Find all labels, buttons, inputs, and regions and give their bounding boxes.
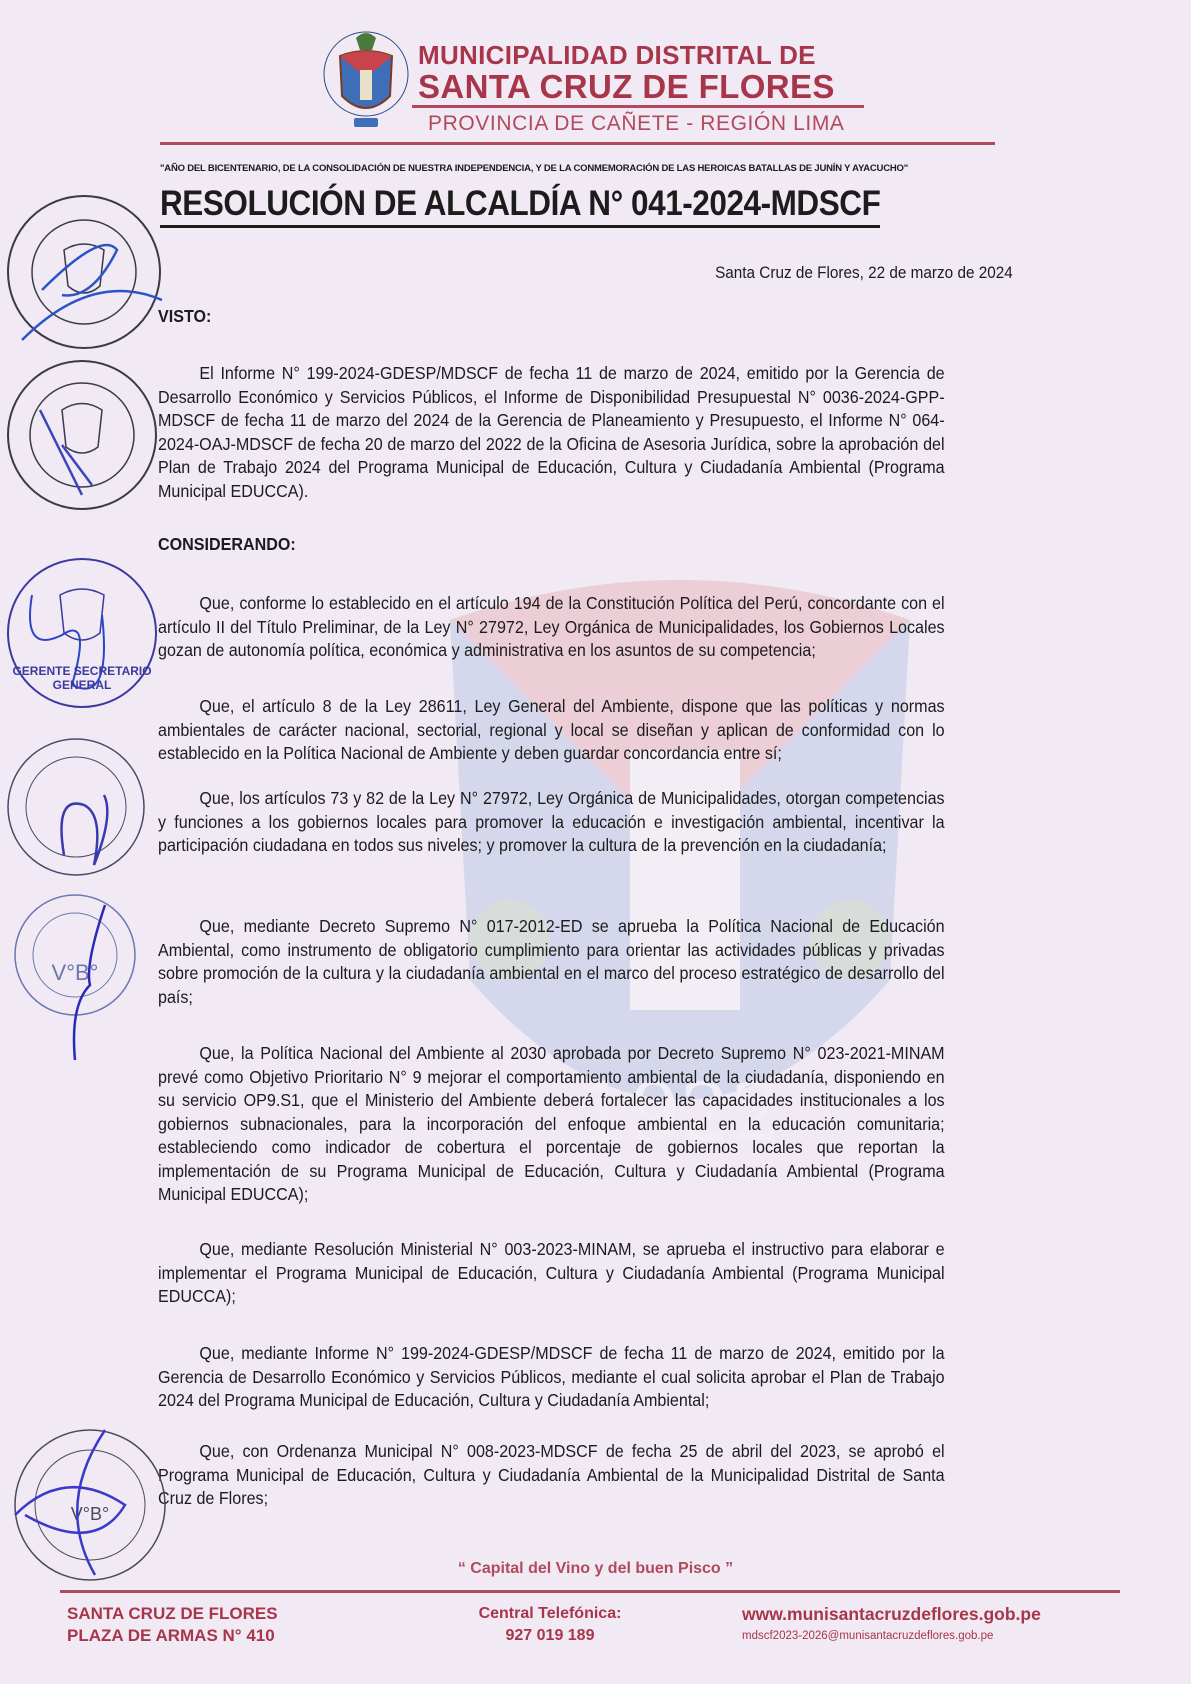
visto-paragraph: El Informe N° 199-2024-GDESP/MDSCF de fe… bbox=[158, 362, 945, 503]
considerando-paragraph: Que, con Ordenanza Municipal N° 008-2023… bbox=[158, 1440, 945, 1511]
considerando-heading: CONSIDERANDO: bbox=[158, 534, 296, 555]
alcaldia-stamp-icon bbox=[2, 190, 167, 355]
considerando-paragraph: Que, la Política Nacional del Ambiente a… bbox=[158, 1042, 945, 1207]
footer-address: SANTA CRUZ DE FLORES PLAZA DE ARMAS N° 4… bbox=[67, 1603, 278, 1647]
secretario-general-stamp-icon: GERENTE SECRETARIO GENERAL bbox=[2, 555, 162, 715]
footer-divider bbox=[60, 1590, 1120, 1593]
date-line: Santa Cruz de Flores, 22 de marzo de 202… bbox=[715, 263, 1013, 283]
footer-phone: Central Telefónica: 927 019 189 bbox=[440, 1603, 660, 1647]
gerencia-municipal-stamp-icon bbox=[2, 355, 162, 515]
planeamiento-stamp-icon: V°B° bbox=[10, 885, 150, 1065]
svg-text:GENERAL: GENERAL bbox=[53, 678, 112, 692]
footer-email-link[interactable]: mdscf2023-2026@munisantacruzdeflores.gob… bbox=[742, 1630, 993, 1642]
gerencia-desarrollo-stamp-icon bbox=[4, 735, 154, 880]
header-district-name: SANTA CRUZ DE FLORES bbox=[418, 70, 858, 104]
footer-slogan: “ Capital del Vino y del buen Pisco ” bbox=[0, 1560, 1191, 1578]
considerando-paragraph: Que, el artículo 8 de la Ley 28611, Ley … bbox=[158, 695, 945, 766]
municipal-crest-icon bbox=[320, 24, 412, 132]
header-province: PROVINCIA DE CAÑETE - REGIÓN LIMA bbox=[428, 112, 845, 136]
header-divider bbox=[412, 105, 864, 108]
svg-text:V°B°: V°B° bbox=[52, 960, 99, 985]
year-motto: "AÑO DEL BICENTENARIO, DE LA CONSOLIDACI… bbox=[160, 163, 908, 174]
considerando-paragraph: Que, conforme lo establecido en el artíc… bbox=[158, 592, 945, 663]
svg-text:GERENTE SECRETARIO: GERENTE SECRETARIO bbox=[12, 664, 151, 678]
header-bottom-divider bbox=[160, 142, 995, 145]
considerando-paragraph: Que, los artículos 73 y 82 de la Ley N° … bbox=[158, 787, 945, 858]
considerando-paragraph: Que, mediante Resolución Ministerial N° … bbox=[158, 1238, 945, 1309]
header-municipality-line: MUNICIPALIDAD DISTRITAL DE bbox=[418, 40, 858, 70]
footer-website-link[interactable]: www.munisantacruzdeflores.gob.pe bbox=[742, 1604, 1041, 1625]
considerando-paragraph: Que, mediante Decreto Supremo N° 017-201… bbox=[158, 915, 945, 1009]
resolution-title: RESOLUCIÓN DE ALCALDÍA N° 041-2024-MDSCF bbox=[160, 184, 880, 228]
considerando-paragraph: Que, mediante Informe N° 199-2024-GDESP/… bbox=[158, 1342, 945, 1413]
